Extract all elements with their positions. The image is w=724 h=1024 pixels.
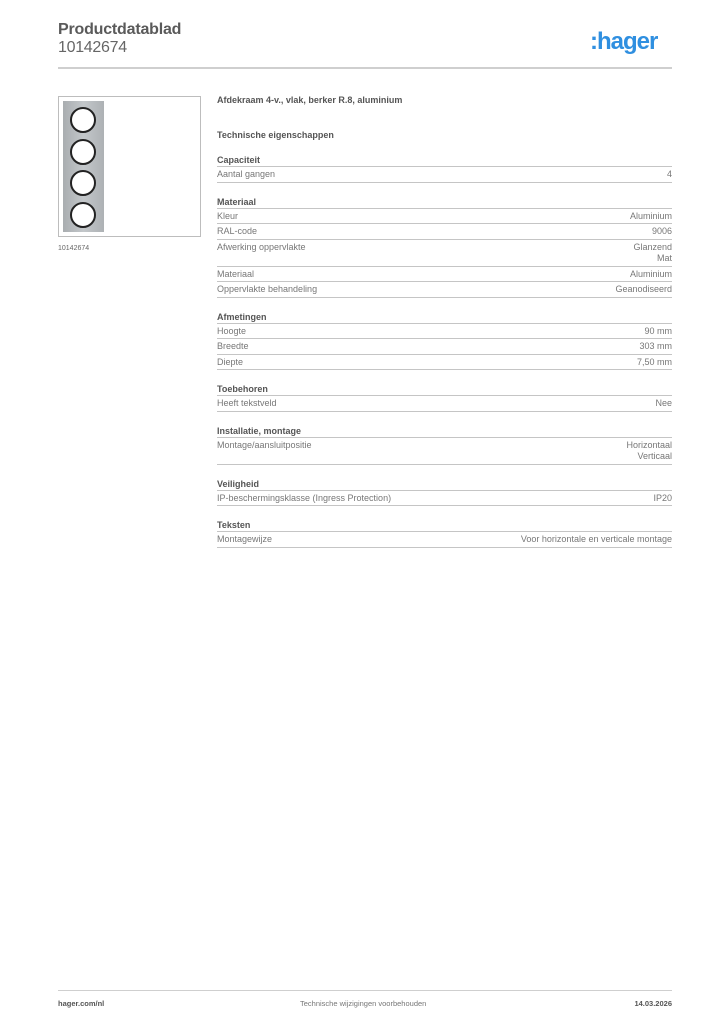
spec-value-line: Horizontaal xyxy=(626,440,672,452)
rocker-opening-icon xyxy=(70,170,96,196)
document-number: 10142674 xyxy=(58,39,127,57)
spec-value-line: Geanodiseerd xyxy=(615,284,672,296)
spec-value: Aluminium xyxy=(630,211,672,223)
spec-row: Heeft tekstveldNee xyxy=(217,396,672,412)
spec-value-line: 7,50 mm xyxy=(637,357,672,369)
spec-value: HorizontaalVerticaal xyxy=(626,440,672,463)
spec-group-title: Veiligheid xyxy=(217,479,672,491)
spec-row: MateriaalAluminium xyxy=(217,267,672,283)
spec-label: Hoogte xyxy=(217,326,246,338)
spec-label: RAL-code xyxy=(217,226,257,238)
spec-label: Aantal gangen xyxy=(217,169,275,181)
image-caption: 10142674 xyxy=(58,245,89,252)
spec-row: Montage/aansluitpositieHorizontaalVertic… xyxy=(217,438,672,465)
spec-value-line: 9006 xyxy=(652,226,672,238)
spec-value: 7,50 mm xyxy=(637,357,672,369)
spec-label: Materiaal xyxy=(217,269,254,281)
spec-value-line: Mat xyxy=(633,253,672,265)
spec-value: Aluminium xyxy=(630,269,672,281)
spec-row: Oppervlakte behandelingGeanodiseerd xyxy=(217,282,672,298)
footer-website-link[interactable]: hager.com/nl xyxy=(58,999,104,1008)
product-image xyxy=(58,96,201,237)
spec-row: IP-beschermingsklasse (Ingress Protectio… xyxy=(217,491,672,507)
spec-group: Installatie, montageMontage/aansluitposi… xyxy=(217,426,672,465)
spec-group: CapaciteitAantal gangen4 xyxy=(217,155,672,183)
spec-group: AfmetingenHoogte90 mmBreedte303 mmDiepte… xyxy=(217,312,672,371)
spec-row: Breedte303 mm xyxy=(217,339,672,355)
spec-group-title: Teksten xyxy=(217,520,672,532)
product-specs: Afdekraam 4-v., vlak, berker R.8, alumin… xyxy=(217,95,672,548)
spec-row: KleurAluminium xyxy=(217,209,672,225)
spec-value-line: Verticaal xyxy=(626,451,672,463)
spec-group-title: Installatie, montage xyxy=(217,426,672,438)
spec-value: IP20 xyxy=(653,493,672,505)
rocker-opening-icon xyxy=(70,139,96,165)
spec-row: MontagewijzeVoor horizontale en vertical… xyxy=(217,532,672,548)
spec-row: Aantal gangen4 xyxy=(217,167,672,183)
footer-disclaimer: Technische wijzigingen voorbehouden xyxy=(300,999,426,1008)
spec-label: Heeft tekstveld xyxy=(217,398,277,410)
spec-value: Voor horizontale en verticale montage xyxy=(521,534,672,546)
spec-value-line: Aluminium xyxy=(630,211,672,223)
header-divider xyxy=(58,67,672,69)
footer-date: 14.03.2026 xyxy=(634,999,672,1008)
spec-value-line: 4 xyxy=(667,169,672,181)
spec-value-line: 90 mm xyxy=(644,326,672,338)
spec-group: ToebehorenHeeft tekstveldNee xyxy=(217,384,672,412)
section-title: Technische eigenschappen xyxy=(217,130,672,142)
spec-group-title: Materiaal xyxy=(217,197,672,209)
spec-groups: CapaciteitAantal gangen4MateriaalKleurAl… xyxy=(217,155,672,548)
spec-group: MateriaalKleurAluminiumRAL-code9006Afwer… xyxy=(217,197,672,298)
spec-group: VeiligheidIP-beschermingsklasse (Ingress… xyxy=(217,479,672,507)
spec-value: 4 xyxy=(667,169,672,181)
spec-value: Nee xyxy=(655,398,672,410)
spec-label: Oppervlakte behandeling xyxy=(217,284,317,296)
spec-value: 9006 xyxy=(652,226,672,238)
spec-value-line: Voor horizontale en verticale montage xyxy=(521,534,672,546)
spec-row: Hoogte90 mm xyxy=(217,324,672,340)
spec-value: GlanzendMat xyxy=(633,242,672,265)
hager-logo: :hager xyxy=(590,28,657,56)
spec-row: RAL-code9006 xyxy=(217,224,672,240)
spec-group: TekstenMontagewijzeVoor horizontale en v… xyxy=(217,520,672,548)
rocker-opening-icon xyxy=(70,107,96,133)
product-name: Afdekraam 4-v., vlak, berker R.8, alumin… xyxy=(217,95,672,107)
spec-value-line: 303 mm xyxy=(639,341,672,353)
spec-label: Breedte xyxy=(217,341,249,353)
spec-value-line: Aluminium xyxy=(630,269,672,281)
spec-value: 90 mm xyxy=(644,326,672,338)
spec-label: Montage/aansluitpositie xyxy=(217,440,312,463)
rocker-opening-icon xyxy=(70,202,96,228)
spec-value-line: Nee xyxy=(655,398,672,410)
spec-value: Geanodiseerd xyxy=(615,284,672,296)
spec-label: Afwerking oppervlakte xyxy=(217,242,306,265)
spec-group-title: Afmetingen xyxy=(217,312,672,324)
spec-group-title: Capaciteit xyxy=(217,155,672,167)
spec-label: Kleur xyxy=(217,211,238,223)
page-title: Productdatablad xyxy=(58,21,181,39)
spec-value-line: Glanzend xyxy=(633,242,672,254)
cover-frame-plate xyxy=(63,101,104,232)
footer-divider xyxy=(58,990,672,991)
spec-value: 303 mm xyxy=(639,341,672,353)
spec-row: Afwerking oppervlakteGlanzendMat xyxy=(217,240,672,267)
spec-value-line: IP20 xyxy=(653,493,672,505)
spec-group-title: Toebehoren xyxy=(217,384,672,396)
spec-label: Montagewijze xyxy=(217,534,272,546)
spec-label: IP-beschermingsklasse (Ingress Protectio… xyxy=(217,493,391,505)
spec-row: Diepte7,50 mm xyxy=(217,355,672,371)
spec-label: Diepte xyxy=(217,357,243,369)
